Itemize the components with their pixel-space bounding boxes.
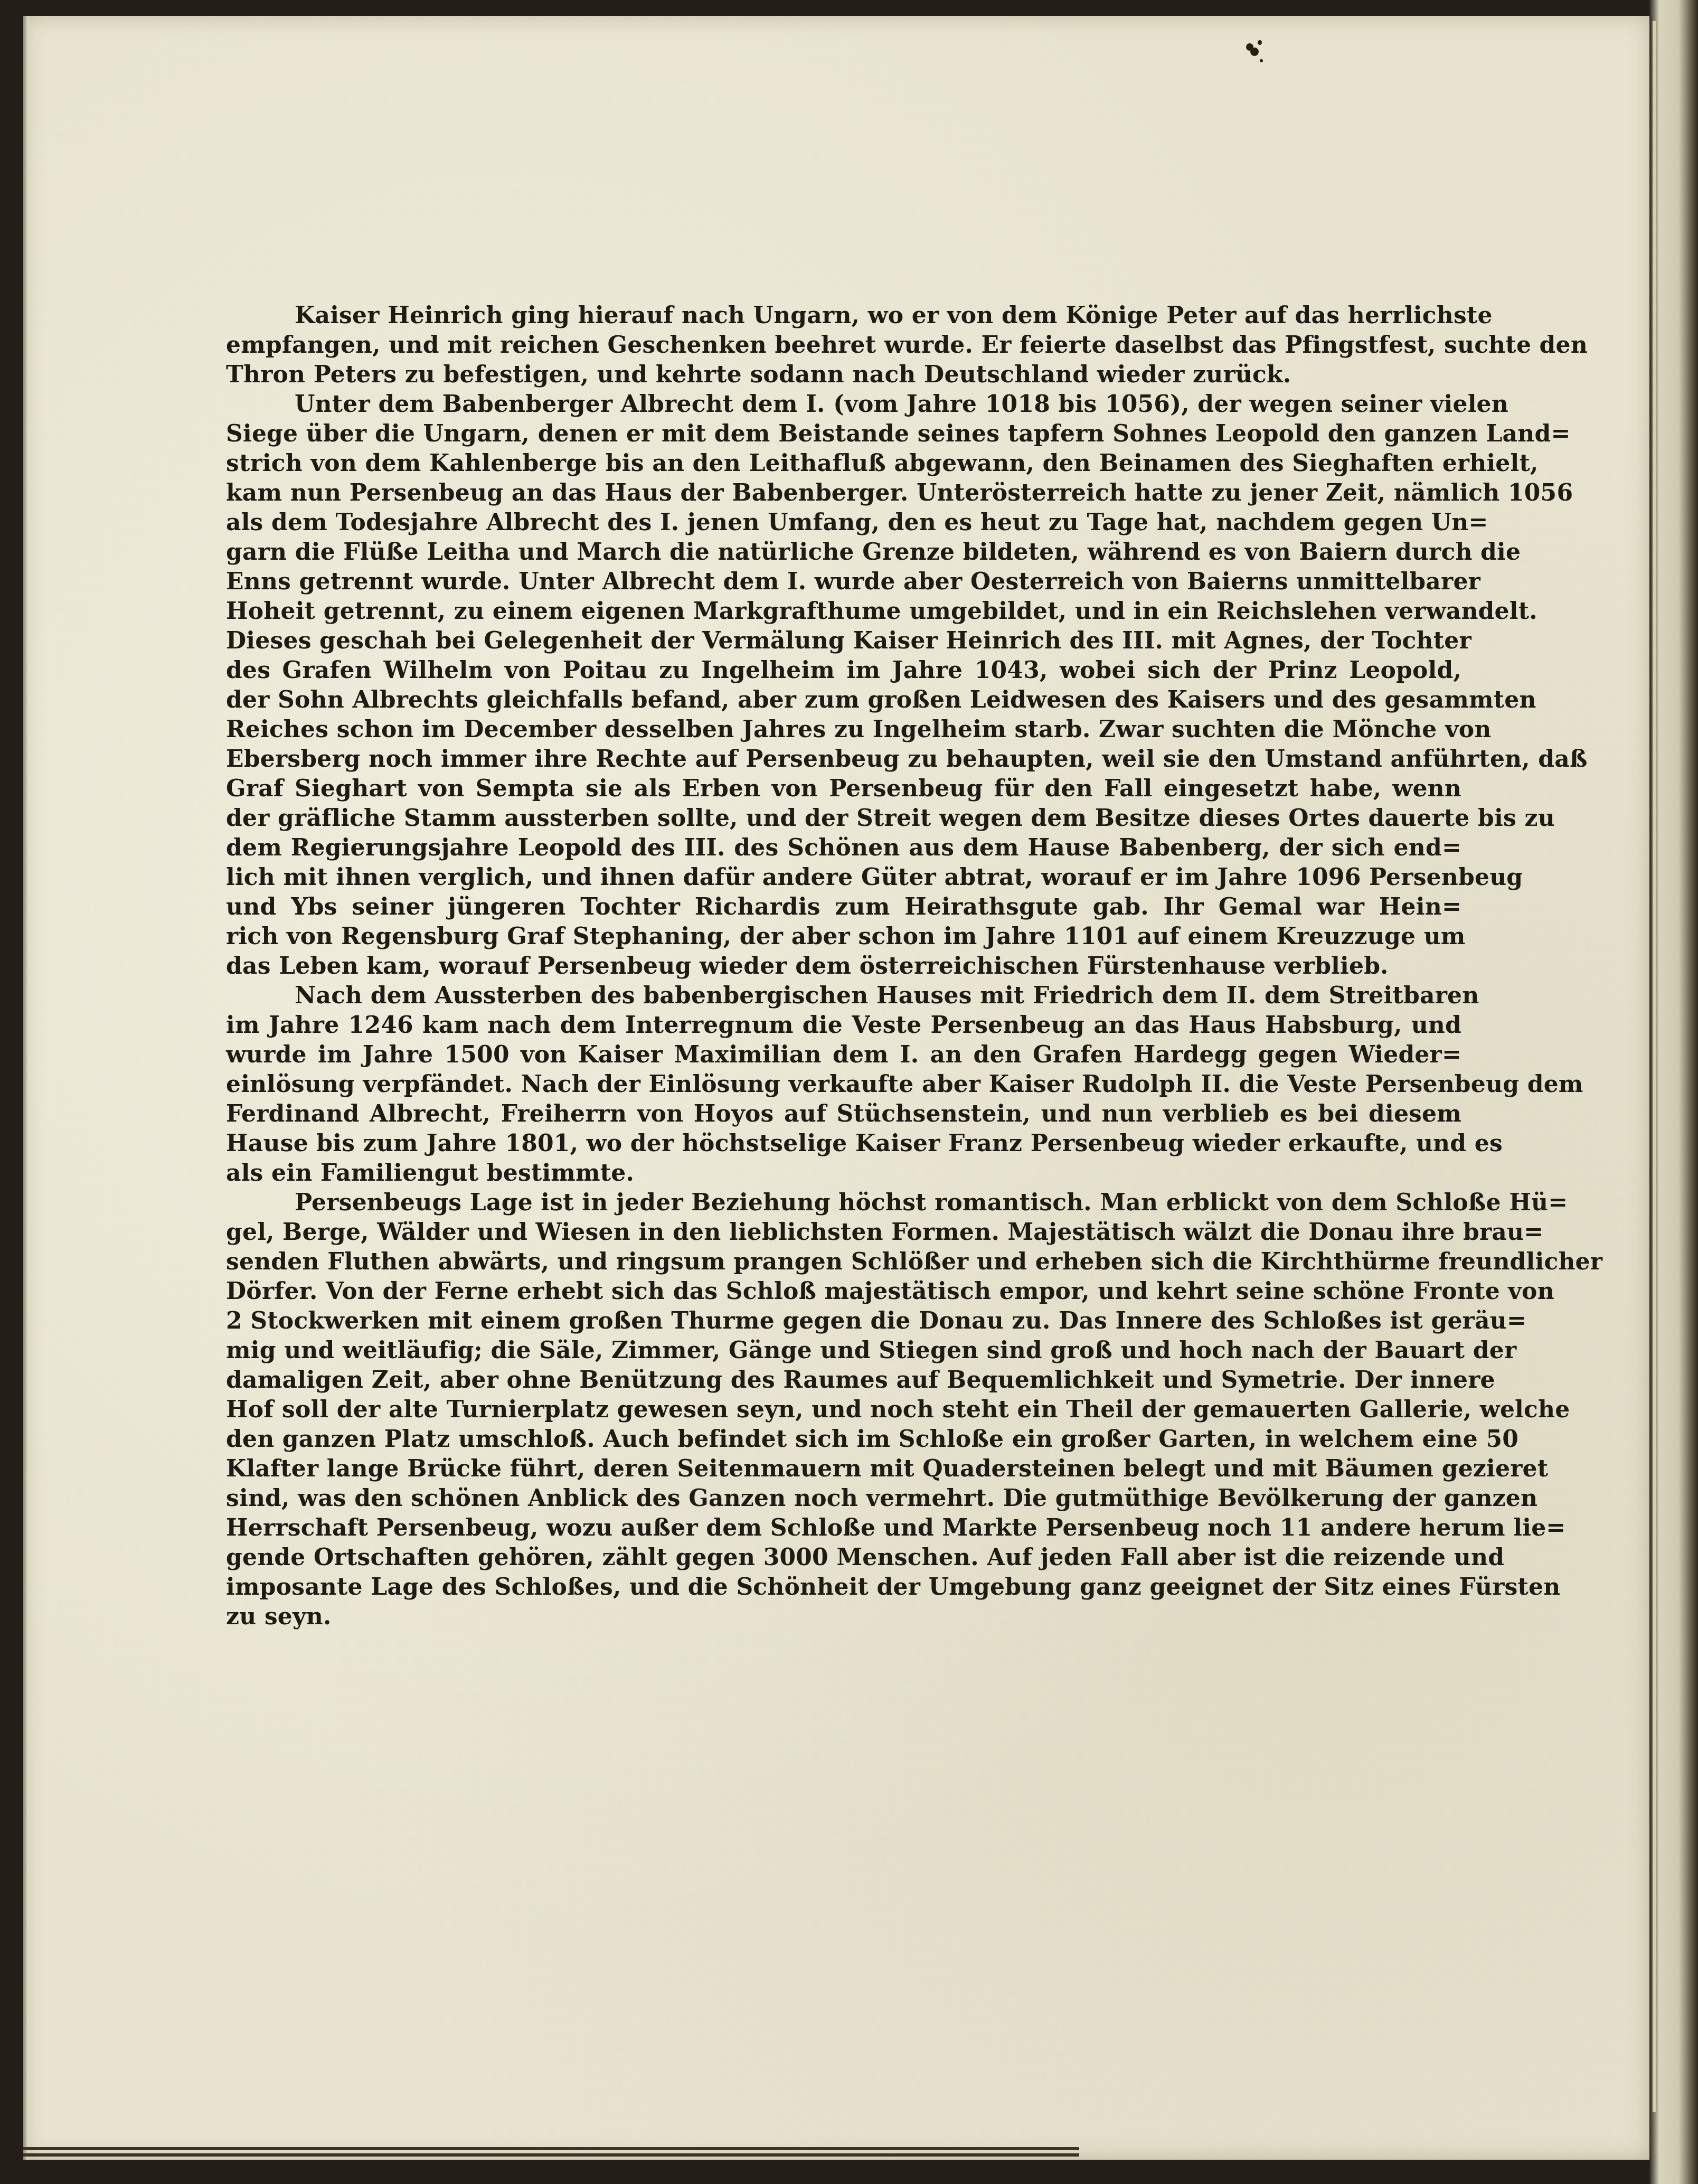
text-line: des Grafen Wilhelm von Poitau zu Ingelhe…	[226, 656, 1461, 685]
body-text: Kaiser Heinrich ging hierauf nach Ungarn…	[226, 301, 1461, 1632]
text-line: garn die Flüße Leitha und March die natü…	[226, 538, 1461, 567]
text-line: im Jahre 1246 kam nach dem Interregnum d…	[226, 1011, 1461, 1040]
ink-spot	[1258, 40, 1262, 45]
paragraph-4: Persenbeugs Lage ist in jeder Beziehung …	[226, 1188, 1461, 1632]
text-line: als ein Familiengut bestimmte.	[226, 1159, 1461, 1188]
text-line: einlösung verpfändet. Nach der Einlösung…	[226, 1070, 1461, 1099]
text-line: Enns getrennt wurde. Unter Albrecht dem …	[226, 567, 1461, 597]
ink-spot	[1250, 48, 1259, 56]
text-line: Ferdinand Albrecht, Freiherrn von Hoyos …	[226, 1099, 1461, 1129]
text-line: rich von Regensburg Graf Stephaning, der…	[226, 922, 1461, 952]
text-line: sind, was den schönen Anblick des Ganzen…	[226, 1484, 1461, 1513]
text-line: Dörfer. Von der Ferne erhebt sich das Sc…	[226, 1277, 1461, 1306]
text-line: 2 Stockwerken mit einem großen Thurme ge…	[226, 1306, 1461, 1336]
text-line: gende Ortschaften gehören, zählt gegen 3…	[226, 1543, 1461, 1573]
text-line: Siege über die Ungarn, denen er mit dem …	[226, 419, 1461, 449]
page-right-edge	[1649, 0, 1698, 2184]
paragraph-2: Unter dem Babenberger Albrecht dem I. (v…	[226, 390, 1461, 981]
text-line: das Leben kam, worauf Persenbeug wieder …	[226, 952, 1461, 981]
text-line: damaligen Zeit, aber ohne Benützung des …	[226, 1366, 1461, 1395]
text-line: und Ybs seiner jüngeren Tochter Richardi…	[226, 892, 1461, 922]
text-line: Herrschaft Persenbeug, wozu außer dem Sc…	[226, 1513, 1461, 1543]
page-left-edge	[23, 16, 29, 2160]
text-line: Reiches schon im December desselben Jahr…	[226, 715, 1461, 745]
ink-spot	[1260, 59, 1263, 62]
text-line: zu seyn.	[226, 1602, 1461, 1632]
text-line: Persenbeugs Lage ist in jeder Beziehung …	[226, 1188, 1461, 1218]
text-line: Nach dem Aussterben des babenbergischen …	[226, 981, 1461, 1011]
text-line: Thron Peters zu befestigen, und kehrte s…	[226, 360, 1461, 390]
text-line: wurde im Jahre 1500 von Kaiser Maximilia…	[226, 1040, 1461, 1070]
text-line: mig und weitläufig; die Säle, Zimmer, Gä…	[226, 1336, 1461, 1366]
text-line: strich von dem Kahlenberge bis an den Le…	[226, 449, 1461, 478]
text-line: Hof soll der alte Turnierplatz gewesen s…	[226, 1395, 1461, 1425]
text-line: dem Regierungsjahre Leopold des III. des…	[226, 833, 1461, 863]
paragraph-3: Nach dem Aussterben des babenbergischen …	[226, 981, 1461, 1188]
text-line: Dieses geschah bei Gelegenheit der Vermä…	[226, 626, 1461, 656]
text-line: Kaiser Heinrich ging hierauf nach Ungarn…	[226, 301, 1461, 331]
text-line: Unter dem Babenberger Albrecht dem I. (v…	[226, 390, 1461, 419]
text-line: lich mit ihnen verglich, und ihnen dafür…	[226, 863, 1461, 892]
text-line: Klafter lange Brücke führt, deren Seiten…	[226, 1454, 1461, 1484]
bottom-page-edges	[23, 2144, 1079, 2165]
text-line: senden Fluthen abwärts, und ringsum pran…	[226, 1247, 1461, 1277]
text-line: kam nun Persenbeug an das Haus der Baben…	[226, 478, 1461, 508]
text-line: den ganzen Platz umschloß. Auch befindet…	[226, 1425, 1461, 1454]
text-line: Hause bis zum Jahre 1801, wo der höchsts…	[226, 1129, 1461, 1159]
text-line: als dem Todesjahre Albrecht des I. jenen…	[226, 508, 1461, 538]
text-line: gel, Berge, Wälder und Wiesen in den lie…	[226, 1218, 1461, 1247]
text-line: Graf Sieghart von Sempta sie als Erben v…	[226, 774, 1461, 804]
text-line: der gräfliche Stamm aussterben sollte, u…	[226, 804, 1461, 833]
paragraph-1: Kaiser Heinrich ging hierauf nach Ungarn…	[226, 301, 1461, 390]
text-line: der Sohn Albrechts gleichfalls befand, a…	[226, 685, 1461, 715]
text-line: Hoheit getrennt, zu einem eigenen Markgr…	[226, 597, 1461, 626]
gutter-fold-line	[1653, 21, 1656, 2112]
text-line: imposante Lage des Schloßes, und die Sch…	[226, 1573, 1461, 1602]
text-line: empfangen, und mit reichen Geschenken be…	[226, 331, 1461, 360]
text-line: Ebersberg noch immer ihre Rechte auf Per…	[226, 745, 1461, 774]
